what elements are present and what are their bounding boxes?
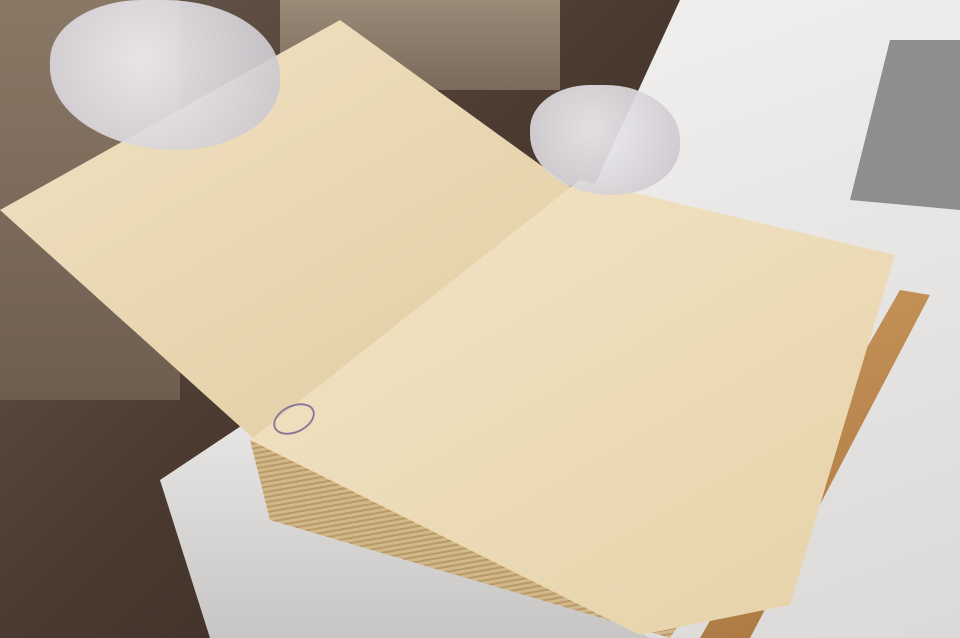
manuscript-photo: Gloved hands holding open an old handwri… bbox=[0, 0, 960, 638]
